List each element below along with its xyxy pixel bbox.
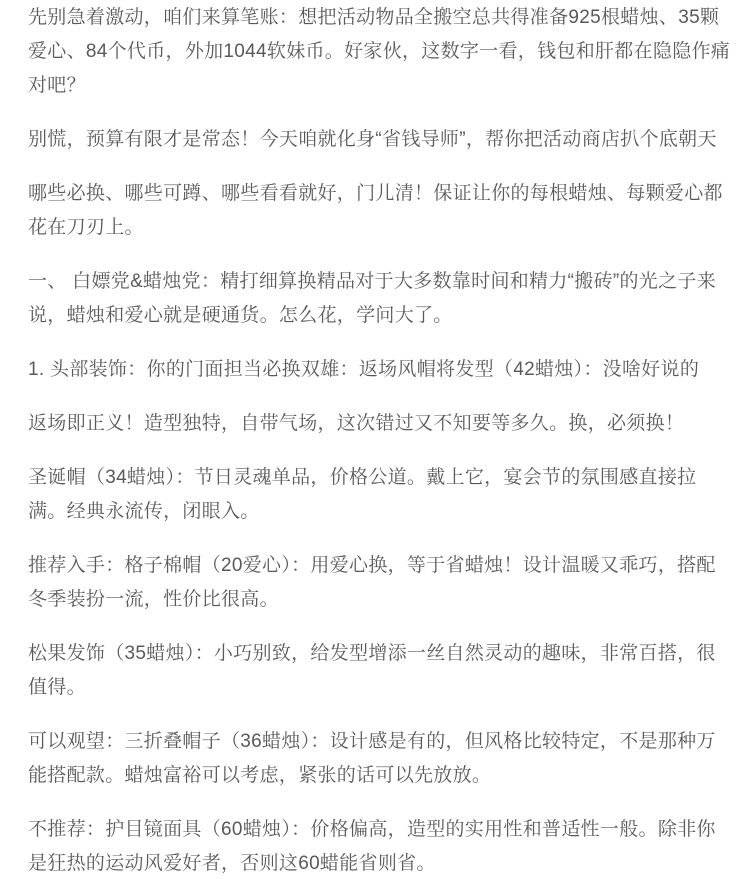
paragraph: 哪些必换、哪些可蹲、哪些看看就好，门儿清！保证让你的每根蜡烛、每颗爱心都花在刀刃… <box>28 177 738 245</box>
text-line: 先别急着激动，咱们来算笔账：想把活动物品全搬空总共得准备925根蜡烛、35颗 <box>28 1 738 35</box>
text-line: 对吧？ <box>28 69 738 103</box>
text-line: 推荐入手：格子棉帽（20爱心）：用爱心换，等于省蜡烛！设计温暖又乖巧，搭配 <box>28 549 738 583</box>
text-line: 能搭配款。蜡烛富裕可以考虑，紧张的话可以先放放。 <box>28 759 738 793</box>
text-line: 爱心、84个代币，外加1044软妹币。好家伙，这数字一看，钱包和肝都在隐隐作痛 <box>28 35 738 69</box>
text-line: 圣诞帽（34蜡烛）：节日灵魂单品，价格公道。戴上它，宴会节的氛围感直接拉 <box>28 461 738 495</box>
paragraph: 圣诞帽（34蜡烛）：节日灵魂单品，价格公道。戴上它，宴会节的氛围感直接拉满。经典… <box>28 461 738 529</box>
text-line: 一、 白嫖党&蜡烛党：精打细算换精品对于大多数靠时间和精力“搬砖”的光之子来 <box>28 265 738 299</box>
text-line: 返场即正义！造型独特，自带气场，这次错过又不知要等多久。换，必须换！ <box>28 407 738 441</box>
paragraph: 1. 头部装饰：你的门面担当必换双雄：返场风帽将发型（42蜡烛）：没啥好说的 <box>28 353 738 387</box>
paragraph: 松果发饰（35蜡烛）：小巧别致，给发型增添一丝自然灵动的趣味，非常百搭，很值得。 <box>28 637 738 705</box>
article-page: 先别急着激动，咱们来算笔账：想把活动物品全搬空总共得准备925根蜡烛、35颗爱心… <box>0 0 738 879</box>
paragraph: 推荐入手：格子棉帽（20爱心）：用爱心换，等于省蜡烛！设计温暖又乖巧，搭配冬季装… <box>28 549 738 617</box>
text-line: 花在刀刃上。 <box>28 211 738 245</box>
text-line: 别慌，预算有限才是常态！今天咱就化身“省钱导师”，帮你把活动商店扒个底朝天 <box>28 123 738 157</box>
text-line: 哪些必换、哪些可蹲、哪些看看就好，门儿清！保证让你的每根蜡烛、每颗爱心都 <box>28 177 738 211</box>
text-line: 值得。 <box>28 671 738 705</box>
text-line: 松果发饰（35蜡烛）：小巧别致，给发型增添一丝自然灵动的趣味，非常百搭，很 <box>28 637 738 671</box>
text-line: 说，蜡烛和爱心就是硬通货。怎么花，学问大了。 <box>28 299 738 333</box>
paragraph: 一、 白嫖党&蜡烛党：精打细算换精品对于大多数靠时间和精力“搬砖”的光之子来说，… <box>28 265 738 333</box>
paragraph: 返场即正义！造型独特，自带气场，这次错过又不知要等多久。换，必须换！ <box>28 407 738 441</box>
paragraph: 先别急着激动，咱们来算笔账：想把活动物品全搬空总共得准备925根蜡烛、35颗爱心… <box>28 1 738 103</box>
paragraph: 不推荐：护目镜面具（60蜡烛）：价格偏高，造型的实用性和普适性一般。除非你是狂热… <box>28 813 738 879</box>
text-line: 满。经典永流传，闭眼入。 <box>28 495 738 529</box>
text-line: 可以观望：三折叠帽子（36蜡烛）：设计感是有的，但风格比较特定，不是那种万 <box>28 725 738 759</box>
text-line: 冬季装扮一流，性价比很高。 <box>28 583 738 617</box>
text-line: 1. 头部装饰：你的门面担当必换双雄：返场风帽将发型（42蜡烛）：没啥好说的 <box>28 353 738 387</box>
paragraph: 可以观望：三折叠帽子（36蜡烛）：设计感是有的，但风格比较特定，不是那种万能搭配… <box>28 725 738 793</box>
article-body: 先别急着激动，咱们来算笔账：想把活动物品全搬空总共得准备925根蜡烛、35颗爱心… <box>0 0 738 879</box>
paragraph: 别慌，预算有限才是常态！今天咱就化身“省钱导师”，帮你把活动商店扒个底朝天 <box>28 123 738 157</box>
text-line: 不推荐：护目镜面具（60蜡烛）：价格偏高，造型的实用性和普适性一般。除非你 <box>28 813 738 847</box>
text-line: 是狂热的运动风爱好者，否则这60蜡能省则省。 <box>28 847 738 879</box>
